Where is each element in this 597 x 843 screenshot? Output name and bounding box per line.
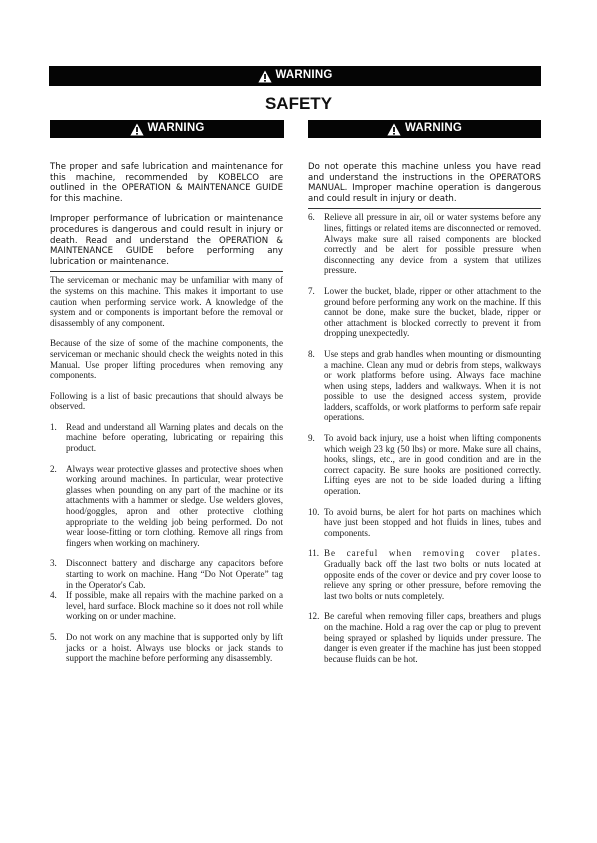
item-lead-text: Be careful when removing cover plates. [324, 548, 541, 558]
section-divider [308, 208, 541, 209]
item-text: Be careful when removing cover plates. G… [324, 548, 541, 601]
item-number: 11. [308, 548, 324, 601]
item-number: 8. [308, 349, 324, 423]
precaution-item: 5. Do not work on any machine that is su… [50, 632, 283, 664]
item-text: Always wear protective glasses and prote… [66, 464, 283, 549]
left-warning-label: WARNING [148, 123, 205, 135]
item-rest-text: Gradually back off the last two bolts or… [324, 559, 541, 601]
precaution-item: 6. Relieve all pressure in air, oil or w… [308, 212, 541, 276]
right-warning-banner: WARNING [308, 120, 541, 138]
item-text: To avoid back injury, use a hoist when l… [324, 433, 541, 497]
item-text: Lower the bucket, blade, ripper or other… [324, 286, 541, 339]
precaution-item: 11. Be careful when removing cover plate… [308, 548, 541, 601]
main-warning-label: WARNING [276, 70, 333, 82]
section-divider [50, 271, 283, 272]
precaution-item: 2. Always wear protective glasses and pr… [50, 464, 283, 549]
item-number: 2. [50, 464, 66, 549]
body-paragraph: Following is a list of basic precautions… [50, 391, 283, 412]
left-column: The proper and safe lubrication and main… [50, 162, 283, 664]
item-text: Use steps and grab handles when mounting… [324, 349, 541, 423]
warning-triangle-icon [387, 123, 401, 136]
item-number: 4. [50, 590, 66, 622]
item-number: 12. [308, 611, 324, 664]
item-number: 5. [50, 632, 66, 664]
item-text: To avoid burns, be alert for hot parts o… [324, 507, 541, 539]
warning-paragraph: Improper performance of lubrication or m… [50, 214, 283, 267]
precaution-item: 4. If possible, make all repairs with th… [50, 590, 283, 622]
item-number: 9. [308, 433, 324, 497]
body-paragraph: The serviceman or mechanic may be unfami… [50, 275, 283, 328]
item-number: 3. [50, 558, 66, 590]
warning-paragraph: The proper and safe lubrication and main… [50, 162, 283, 204]
item-number: 7. [308, 286, 324, 339]
item-number: 6. [308, 212, 324, 276]
item-text: Read and understand all Warning plates a… [66, 422, 283, 454]
item-text: If possible, make all repairs with the m… [66, 590, 283, 622]
item-number: 10. [308, 507, 324, 539]
precaution-item: 12. Be careful when removing filler caps… [308, 611, 541, 664]
document-page: WARNING SAFETY WARNING WARNING The prope… [0, 0, 597, 843]
precaution-item: 9. To avoid back injury, use a hoist whe… [308, 433, 541, 497]
left-warning-banner: WARNING [50, 120, 284, 138]
item-number: 1. [50, 422, 66, 454]
warning-triangle-icon [130, 123, 144, 136]
item-text: Be careful when removing filler caps, br… [324, 611, 541, 664]
item-text: Do not work on any machine that is suppo… [66, 632, 283, 664]
precaution-item: 1. Read and understand all Warning plate… [50, 422, 283, 454]
item-text: Relieve all pressure in air, oil or wate… [324, 212, 541, 276]
body-paragraph: Because of the size of some of the machi… [50, 338, 283, 380]
main-warning-banner: WARNING [49, 66, 541, 86]
precaution-item: 3. Disconnect battery and discharge any … [50, 558, 283, 590]
warning-triangle-icon [258, 70, 272, 83]
warning-paragraph: Do not operate this machine unless you h… [308, 162, 541, 204]
precaution-item: 10. To avoid burns, be alert for hot par… [308, 507, 541, 539]
precaution-item: 8. Use steps and grab handles when mount… [308, 349, 541, 423]
right-column: Do not operate this machine unless you h… [308, 162, 541, 664]
item-text: Disconnect battery and discharge any cap… [66, 558, 283, 590]
right-warning-label: WARNING [405, 123, 462, 135]
precaution-item: 7. Lower the bucket, blade, ripper or ot… [308, 286, 541, 339]
page-title: SAFETY [0, 94, 597, 114]
